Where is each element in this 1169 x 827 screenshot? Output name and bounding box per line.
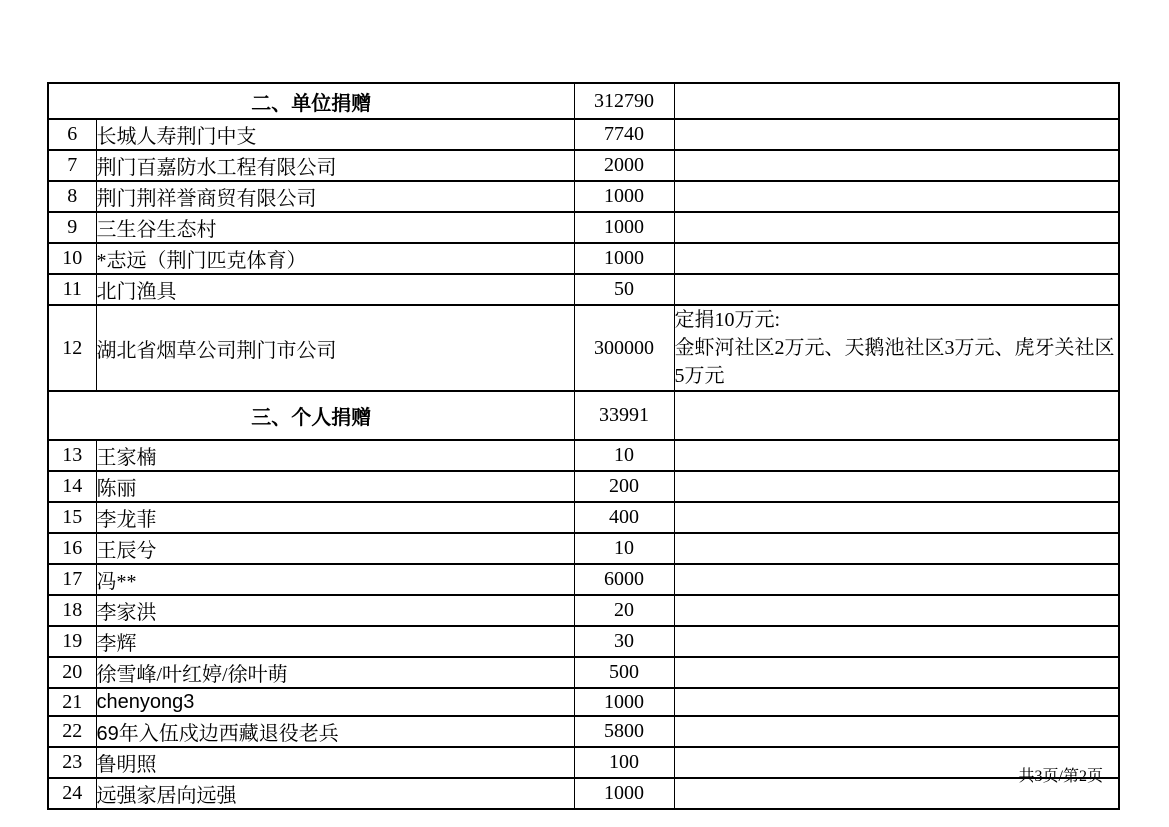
row-number-cell: 18 — [48, 595, 96, 626]
note-cell — [674, 502, 1119, 533]
table-row: 21 chenyong3 1000 — [48, 688, 1119, 716]
amount-cell: 2000 — [574, 150, 674, 181]
note-cell — [674, 150, 1119, 181]
row-number-cell: 10 — [48, 243, 96, 274]
row-number-cell: 12 — [48, 305, 96, 391]
table-row: 11 北门渔具 50 — [48, 274, 1119, 305]
row-number-cell: 21 — [48, 688, 96, 716]
section-title: 二、单位捐赠 — [48, 83, 574, 119]
note-cell — [674, 716, 1119, 747]
donor-name-cell: 鲁明照 — [96, 747, 574, 778]
amount-cell: 6000 — [574, 564, 674, 595]
amount-cell: 1000 — [574, 212, 674, 243]
note-cell — [674, 688, 1119, 716]
table-row: 10 *志远（荆门匹克体育） 1000 — [48, 243, 1119, 274]
table-row: 8 荆门荆祥誉商贸有限公司 1000 — [48, 181, 1119, 212]
table-row: 22 69年入伍戍边西藏退役老兵 5800 — [48, 716, 1119, 747]
table-row: 16 王辰兮 10 — [48, 533, 1119, 564]
row-number-cell: 20 — [48, 657, 96, 688]
amount-cell: 1000 — [574, 688, 674, 716]
note-cell — [674, 243, 1119, 274]
document-page: 二、单位捐赠 312790 6 长城人寿荆门中支 7740 7 荆门百嘉防水工程… — [0, 0, 1169, 827]
section-total: 312790 — [574, 83, 674, 119]
row-number-cell: 9 — [48, 212, 96, 243]
note-cell — [674, 391, 1119, 440]
amount-cell: 1000 — [574, 243, 674, 274]
row-number-cell: 24 — [48, 778, 96, 809]
section-total: 33991 — [574, 391, 674, 440]
donor-name-cell: 荆门荆祥誉商贸有限公司 — [96, 181, 574, 212]
table-row: 13 王家楠 10 — [48, 440, 1119, 471]
note-cell — [674, 595, 1119, 626]
row-number-cell: 22 — [48, 716, 96, 747]
note-cell — [674, 564, 1119, 595]
amount-cell: 50 — [574, 274, 674, 305]
row-number-cell: 8 — [48, 181, 96, 212]
note-cell — [674, 471, 1119, 502]
table-row: 14 陈丽 200 — [48, 471, 1119, 502]
section-header-row: 三、个人捐赠 33991 — [48, 391, 1119, 440]
row-number-cell: 14 — [48, 471, 96, 502]
table-row: 19 李辉 30 — [48, 626, 1119, 657]
note-cell — [674, 181, 1119, 212]
note-cell — [674, 119, 1119, 150]
donor-name-cell: 徐雪峰/叶红婷/徐叶萌 — [96, 657, 574, 688]
amount-cell: 30 — [574, 626, 674, 657]
amount-cell: 400 — [574, 502, 674, 533]
section-title: 三、个人捐赠 — [48, 391, 574, 440]
donor-name-cell: *志远（荆门匹克体育） — [96, 243, 574, 274]
amount-cell: 200 — [574, 471, 674, 502]
table-row: 23 鲁明照 100 — [48, 747, 1119, 778]
amount-cell: 1000 — [574, 778, 674, 809]
amount-cell: 300000 — [574, 305, 674, 391]
section-header-row: 二、单位捐赠 312790 — [48, 83, 1119, 119]
row-number-cell: 7 — [48, 150, 96, 181]
row-number-cell: 6 — [48, 119, 96, 150]
donor-name-cell: 王辰兮 — [96, 533, 574, 564]
note-cell — [674, 533, 1119, 564]
donor-name-cell: 69年入伍戍边西藏退役老兵 — [96, 716, 574, 747]
note-cell — [674, 626, 1119, 657]
row-number-cell: 23 — [48, 747, 96, 778]
table-row: 18 李家洪 20 — [48, 595, 1119, 626]
amount-cell: 5800 — [574, 716, 674, 747]
donor-name-cell: 湖北省烟草公司荆门市公司 — [96, 305, 574, 391]
amount-cell: 500 — [574, 657, 674, 688]
amount-cell: 10 — [574, 440, 674, 471]
table-row: 24 远强家居向远强 1000 — [48, 778, 1119, 809]
note-cell: 定捐10万元: 金虾河社区2万元、天鹅池社区3万元、虎牙关社区5万元 — [674, 305, 1119, 391]
note-cell — [674, 212, 1119, 243]
donor-name-cell: 远强家居向远强 — [96, 778, 574, 809]
note-cell — [674, 83, 1119, 119]
table-row: 12 湖北省烟草公司荆门市公司 300000 定捐10万元: 金虾河社区2万元、… — [48, 305, 1119, 391]
donation-table: 二、单位捐赠 312790 6 长城人寿荆门中支 7740 7 荆门百嘉防水工程… — [47, 82, 1120, 810]
amount-cell: 20 — [574, 595, 674, 626]
row-number-cell: 16 — [48, 533, 96, 564]
row-number-cell: 11 — [48, 274, 96, 305]
note-cell — [674, 657, 1119, 688]
donor-name-cell: 李家洪 — [96, 595, 574, 626]
donor-name-cell: 王家楠 — [96, 440, 574, 471]
donor-name-cell: 长城人寿荆门中支 — [96, 119, 574, 150]
table-row: 20 徐雪峰/叶红婷/徐叶萌 500 — [48, 657, 1119, 688]
note-cell — [674, 440, 1119, 471]
table-row: 15 李龙菲 400 — [48, 502, 1119, 533]
page-number-footer: 共3页/第2页 — [1019, 763, 1103, 786]
amount-cell: 100 — [574, 747, 674, 778]
donor-name-cell: chenyong3 — [96, 688, 574, 716]
note-cell — [674, 274, 1119, 305]
row-number-cell: 15 — [48, 502, 96, 533]
donor-name-cell: 李辉 — [96, 626, 574, 657]
donor-name-cell: 陈丽 — [96, 471, 574, 502]
table-row: 17 冯** 6000 — [48, 564, 1119, 595]
row-number-cell: 19 — [48, 626, 96, 657]
donor-name-cell: 北门渔具 — [96, 274, 574, 305]
row-number-cell: 13 — [48, 440, 96, 471]
donor-name-cell: 荆门百嘉防水工程有限公司 — [96, 150, 574, 181]
donor-name-cell: 三生谷生态村 — [96, 212, 574, 243]
donor-name-cell: 冯** — [96, 564, 574, 595]
donor-name-cell: 李龙菲 — [96, 502, 574, 533]
row-number-cell: 17 — [48, 564, 96, 595]
amount-cell: 1000 — [574, 181, 674, 212]
table-row: 9 三生谷生态村 1000 — [48, 212, 1119, 243]
table-row: 6 长城人寿荆门中支 7740 — [48, 119, 1119, 150]
amount-cell: 7740 — [574, 119, 674, 150]
table-row: 7 荆门百嘉防水工程有限公司 2000 — [48, 150, 1119, 181]
amount-cell: 10 — [574, 533, 674, 564]
